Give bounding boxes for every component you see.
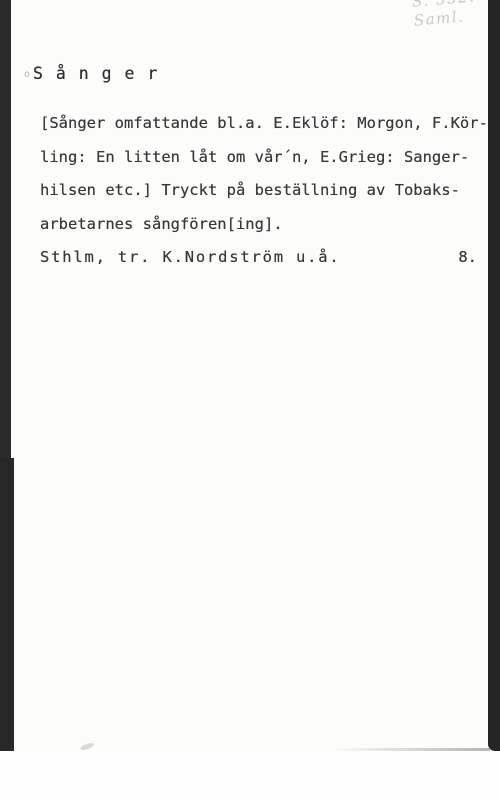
- scanned-card-page: S. 332. Saml. oS å n g e r [Sånger omfat…: [0, 0, 500, 800]
- heading-title: S å n g e r: [33, 64, 159, 83]
- handwritten-note-line2: Saml.: [413, 6, 478, 30]
- body-line-1: [Sånger omfattande bl.a. E.Eklöf: Morgon…: [40, 107, 490, 141]
- catalog-card: S. 332. Saml. oS å n g e r [Sånger omfat…: [0, 0, 500, 751]
- body-line-2: ling: En litten låt om vår´n, E.Grieg: S…: [40, 141, 490, 175]
- handwritten-note: S. 332. Saml.: [411, 0, 477, 31]
- imprint-text: Sthlm, tr. K.Nordström u.å.: [40, 248, 341, 266]
- scan-background-bottom: [0, 751, 500, 800]
- body-line-4: arbetarnes sångfören[ing].: [40, 208, 490, 242]
- card-body: [Sånger omfattande bl.a. E.Eklöf: Morgon…: [40, 107, 490, 275]
- body-line-3: hilsen etc.] Tryckt på beställning av To…: [40, 174, 490, 208]
- imprint-row: Sthlm, tr. K.Nordström u.å. 8.: [40, 241, 490, 275]
- scan-border-left-bottom: [0, 458, 14, 751]
- card-heading: oS å n g e r: [24, 64, 159, 83]
- scan-border-right: [488, 0, 500, 751]
- card-bottom-edge-shadow: [330, 748, 490, 751]
- page-number: 8.: [458, 241, 477, 275]
- scan-border-left-top: [0, 0, 11, 458]
- heading-typed-mark: o: [24, 69, 30, 80]
